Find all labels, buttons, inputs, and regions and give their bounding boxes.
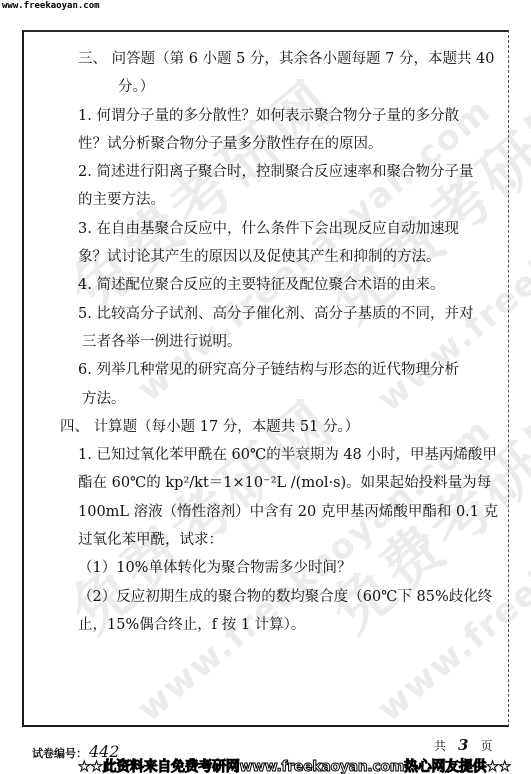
problem-line: 100mL 溶液（惰性溶剂）中含有 20 克甲基丙烯酸甲酯和 0.1 克 bbox=[60, 498, 480, 526]
question-line: 的主要方法。 bbox=[60, 186, 480, 214]
sub-question-line: （2）反应初期生成的聚合物的数均聚合度（60℃下 85%歧化终 bbox=[60, 583, 480, 611]
pages-suffix: 页 bbox=[480, 739, 492, 753]
pages-total: 3 bbox=[458, 736, 468, 754]
problem-line: 1. 已知过氧化苯甲酰在 60℃的半衰期为 48 小时，甲基丙烯酸甲 bbox=[60, 441, 480, 469]
question-line: 5. 比较高分子试剂、高分子催化剂、高分子基质的不同，并对 bbox=[60, 300, 480, 328]
site-url: www.freekaoyan.com bbox=[2, 1, 100, 11]
question-line: 2. 简述进行阳离子聚合时，控制聚合反应速率和聚合物分子量 bbox=[60, 158, 480, 186]
question-line: 三者各举一例进行说明。 bbox=[60, 328, 480, 356]
sub-question-line: （1）10%单体转化为聚合物需多少时间？ bbox=[60, 554, 480, 582]
question-line: 象？试讨论其产生的原因以及促使其产生和抑制的方法。 bbox=[60, 243, 480, 271]
question-line: 6. 列举几种常见的研究高分子链结构与形态的近代物理分析 bbox=[60, 356, 480, 384]
section-heading: 三、 问答题（第 6 小题 5 分，其余各小题每题 7 分，本题共 40 bbox=[60, 45, 480, 73]
problem-line: 酯在 60℃的 kp²/kt＝1×10⁻²L /(mol·s)。如果起始投料量为… bbox=[60, 469, 480, 497]
question-line: 性？试分析聚合物分子量多分散性存在的原因。 bbox=[60, 130, 480, 158]
question-line: 4. 简述配位聚合反应的主要特征及配位聚合术语的由来。 bbox=[60, 271, 480, 299]
section-heading: 四、 计算题（每小题 17 分，本题共 51 分。） bbox=[60, 413, 480, 441]
problem-line: 过氧化苯甲酰，试求： bbox=[60, 526, 480, 554]
exam-content: 三、 问答题（第 6 小题 5 分，其余各小题每题 7 分，本题共 40 分。）… bbox=[60, 45, 480, 639]
question-line: 方法。 bbox=[60, 385, 480, 413]
sub-question-line: 止，15%偶合终止，f 按 1 计算）。 bbox=[60, 611, 480, 639]
page-count: 共3页 bbox=[434, 736, 492, 754]
pages-prefix: 共 bbox=[434, 739, 446, 753]
section-heading-cont: 分。） bbox=[60, 73, 480, 101]
source-banner: ★★此资料来自免费考研网www.freekaoyan.com热心网友提供★★ bbox=[78, 756, 531, 774]
question-line: 1. 何谓分子量的多分散性？如何表示聚合物分子量的多分散 bbox=[60, 102, 480, 130]
question-line: 3. 在自由基聚合反应中，什么条件下会出现反应自动加速现 bbox=[60, 215, 480, 243]
